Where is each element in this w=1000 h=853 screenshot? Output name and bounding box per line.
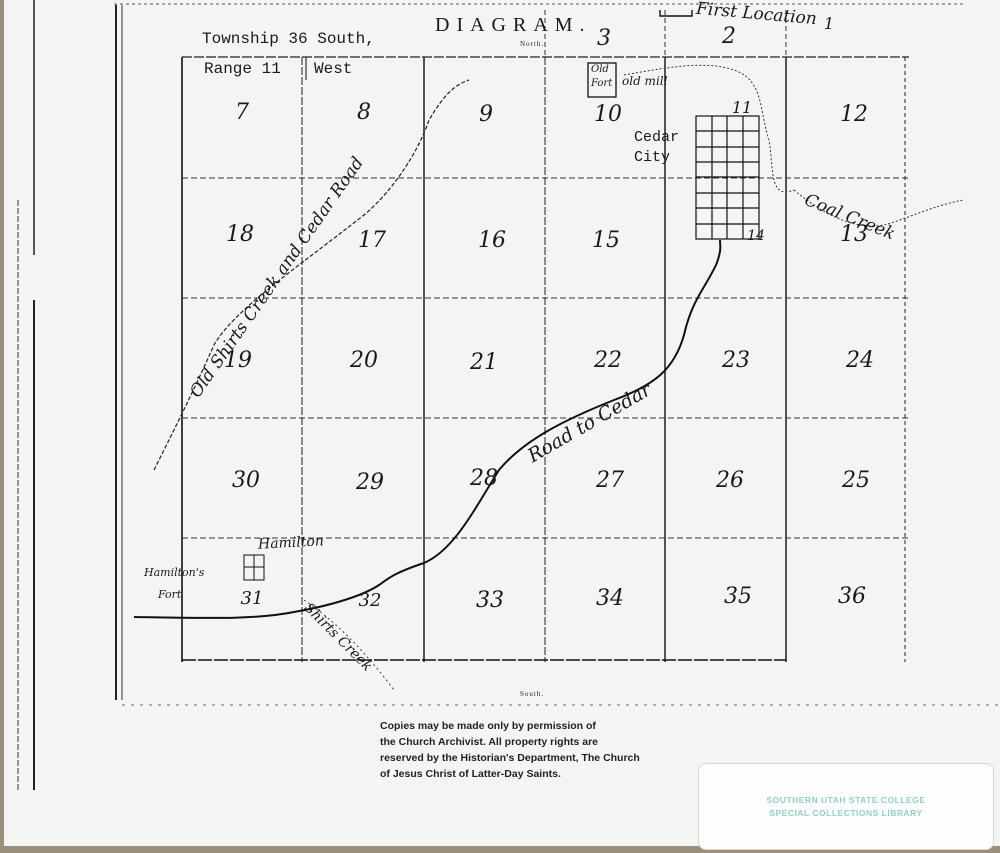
section-7: 7 <box>212 100 272 125</box>
section-17: 17 <box>342 228 402 253</box>
section-2: 2 <box>699 24 759 49</box>
section-8: 8 <box>334 100 394 125</box>
section-15: 15 <box>576 228 636 253</box>
section-18: 18 <box>210 222 270 247</box>
section-31: 31 <box>222 588 282 609</box>
section-32: 32 <box>340 590 400 611</box>
section-16: 16 <box>462 228 522 253</box>
section-10: 10 <box>578 102 638 127</box>
copyright-notice: Copies may be made only by permission of… <box>380 718 640 782</box>
section-21: 21 <box>454 350 514 375</box>
cedar-city-label: Cedar City <box>634 128 679 168</box>
section-9: 9 <box>456 102 516 127</box>
south-label: South. <box>520 690 544 698</box>
library-stamp-label: SOUTHERN UTAH STATE COLLEGE SPECIAL COLL… <box>698 763 994 850</box>
section-36: 36 <box>822 584 882 609</box>
old-fort-label: Old Fort <box>591 63 612 91</box>
old-mill-label: old mill <box>622 74 667 88</box>
section-20: 20 <box>334 348 394 373</box>
section-14: 14 <box>726 228 786 244</box>
section-35: 35 <box>708 584 768 609</box>
stamp-line-1: SOUTHERN UTAH STATE COLLEGE <box>699 795 993 805</box>
range-label: Range 11 <box>204 60 281 78</box>
section-11: 11 <box>712 98 772 117</box>
section-29: 29 <box>340 470 400 495</box>
section-27: 27 <box>580 468 640 493</box>
township-label: Township 36 South, <box>202 30 375 48</box>
section-23: 23 <box>706 348 766 373</box>
stamp-line-2: SPECIAL COLLECTIONS LIBRARY <box>699 808 993 818</box>
hamiltons-fort-label: Hamilton's Fort <box>144 562 204 606</box>
range-west-label: West <box>314 60 352 78</box>
north-label: North. <box>520 40 544 48</box>
section-30: 30 <box>216 468 276 493</box>
section-34: 34 <box>580 586 640 611</box>
section-26: 26 <box>700 468 760 493</box>
section-22: 22 <box>578 348 638 373</box>
section-12: 12 <box>824 102 884 127</box>
section-24: 24 <box>830 348 890 373</box>
section-33: 33 <box>460 588 520 613</box>
section-28: 28 <box>454 466 514 491</box>
paper-sheet: DIAGRAM. Township 36 South, Range 11 Wes… <box>4 0 1000 846</box>
section-25: 25 <box>826 468 886 493</box>
diagram-title: DIAGRAM. <box>435 14 592 37</box>
section-3: 3 <box>574 26 634 51</box>
